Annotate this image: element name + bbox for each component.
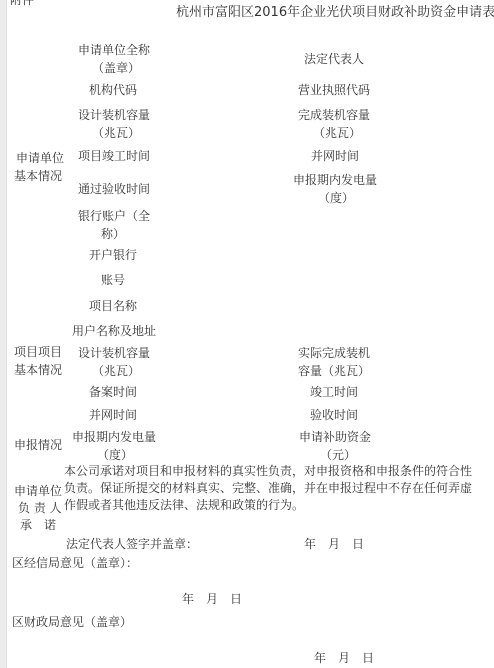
field-project-completion-time: 竣工时间 [310,384,358,400]
field-report-power-generation-unit: （度） [97,447,133,463]
section-label-commitment-3: 承 诺 [20,517,56,533]
field-power-generation-unit: （度） [318,190,354,206]
field-grid-time: 并网时间 [311,148,359,164]
finance-bureau-date: 年 月 日 [314,650,374,666]
econ-bureau-opinion: 区经信局意见（盖章）： [12,555,138,571]
page-left-border [0,0,7,668]
section-label-applicant-2: 基本情况 [14,168,62,184]
field-report-power-generation: 申报期内发电量 [72,429,156,445]
field-power-generation: 申报期内发电量 [293,172,377,188]
section-label-project-2: 基本情况 [14,362,62,378]
field-completed-capacity: 完成装机容量 [298,107,370,123]
field-acceptance-time: 通过验收时间 [78,181,150,197]
field-subsidy-amount-unit: （元） [320,447,356,463]
section-label-report: 申报情况 [14,437,62,453]
field-bank-account-cont: 称） [101,226,125,242]
field-project-design-capacity: 设计装机容量 [78,345,150,361]
field-user-name-address: 用户名称及地址 [72,323,156,339]
field-actual-capacity: 实际完成装机 [298,345,370,361]
field-business-license: 营业执照代码 [298,82,370,98]
field-filing-time: 备案时间 [89,384,137,400]
field-full-name: 申请单位全称 [78,42,150,58]
section-label-commitment-1: 申请单位 [14,483,62,499]
field-completion-time: 项目竣工时间 [78,148,150,164]
finance-bureau-opinion: 区财政局意见（盖章） [12,614,132,630]
field-project-design-capacity-unit: （兆瓦） [92,363,140,379]
section-label-commitment-2: 负 责 人 [18,500,62,516]
page-title: 杭州市富阳区2016年企业光伏项目财政补助资金申请表 [176,5,494,21]
section-label-applicant-1: 申请单位 [16,150,64,166]
section-label-project-1: 项目项目 [14,344,62,360]
signature-label: 法定代表人签字并盖章： [66,536,198,552]
field-full-name-note: （盖章） [92,60,140,76]
field-completed-capacity-unit: （兆瓦） [313,125,361,141]
field-project-acceptance-time: 验收时间 [310,407,358,423]
field-legal-rep: 法定代表人 [304,51,364,67]
field-bank-account: 银行账户（全 [78,208,150,224]
field-project-grid-time: 并网时间 [89,407,137,423]
field-account-no: 账号 [101,272,125,288]
field-design-capacity: 设计装机容量 [78,107,150,123]
field-actual-capacity-unit: 容量（兆瓦） [298,363,370,379]
commitment-text: 本公司承诺对项目和申报材料的真实性负责，对申报资格和申报条件的符合性负责。保证所… [64,463,474,514]
attachment-label: 附件 [10,0,34,8]
field-project-name: 项目名称 [89,298,137,314]
field-design-capacity-unit: （兆瓦） [92,125,140,141]
field-org-code: 机构代码 [89,82,137,98]
field-bank: 开户银行 [89,247,137,263]
field-subsidy-amount: 申请补助资金 [299,429,371,445]
commitment-date: 年 月 日 [304,536,364,552]
econ-bureau-date: 年 月 日 [182,591,242,607]
